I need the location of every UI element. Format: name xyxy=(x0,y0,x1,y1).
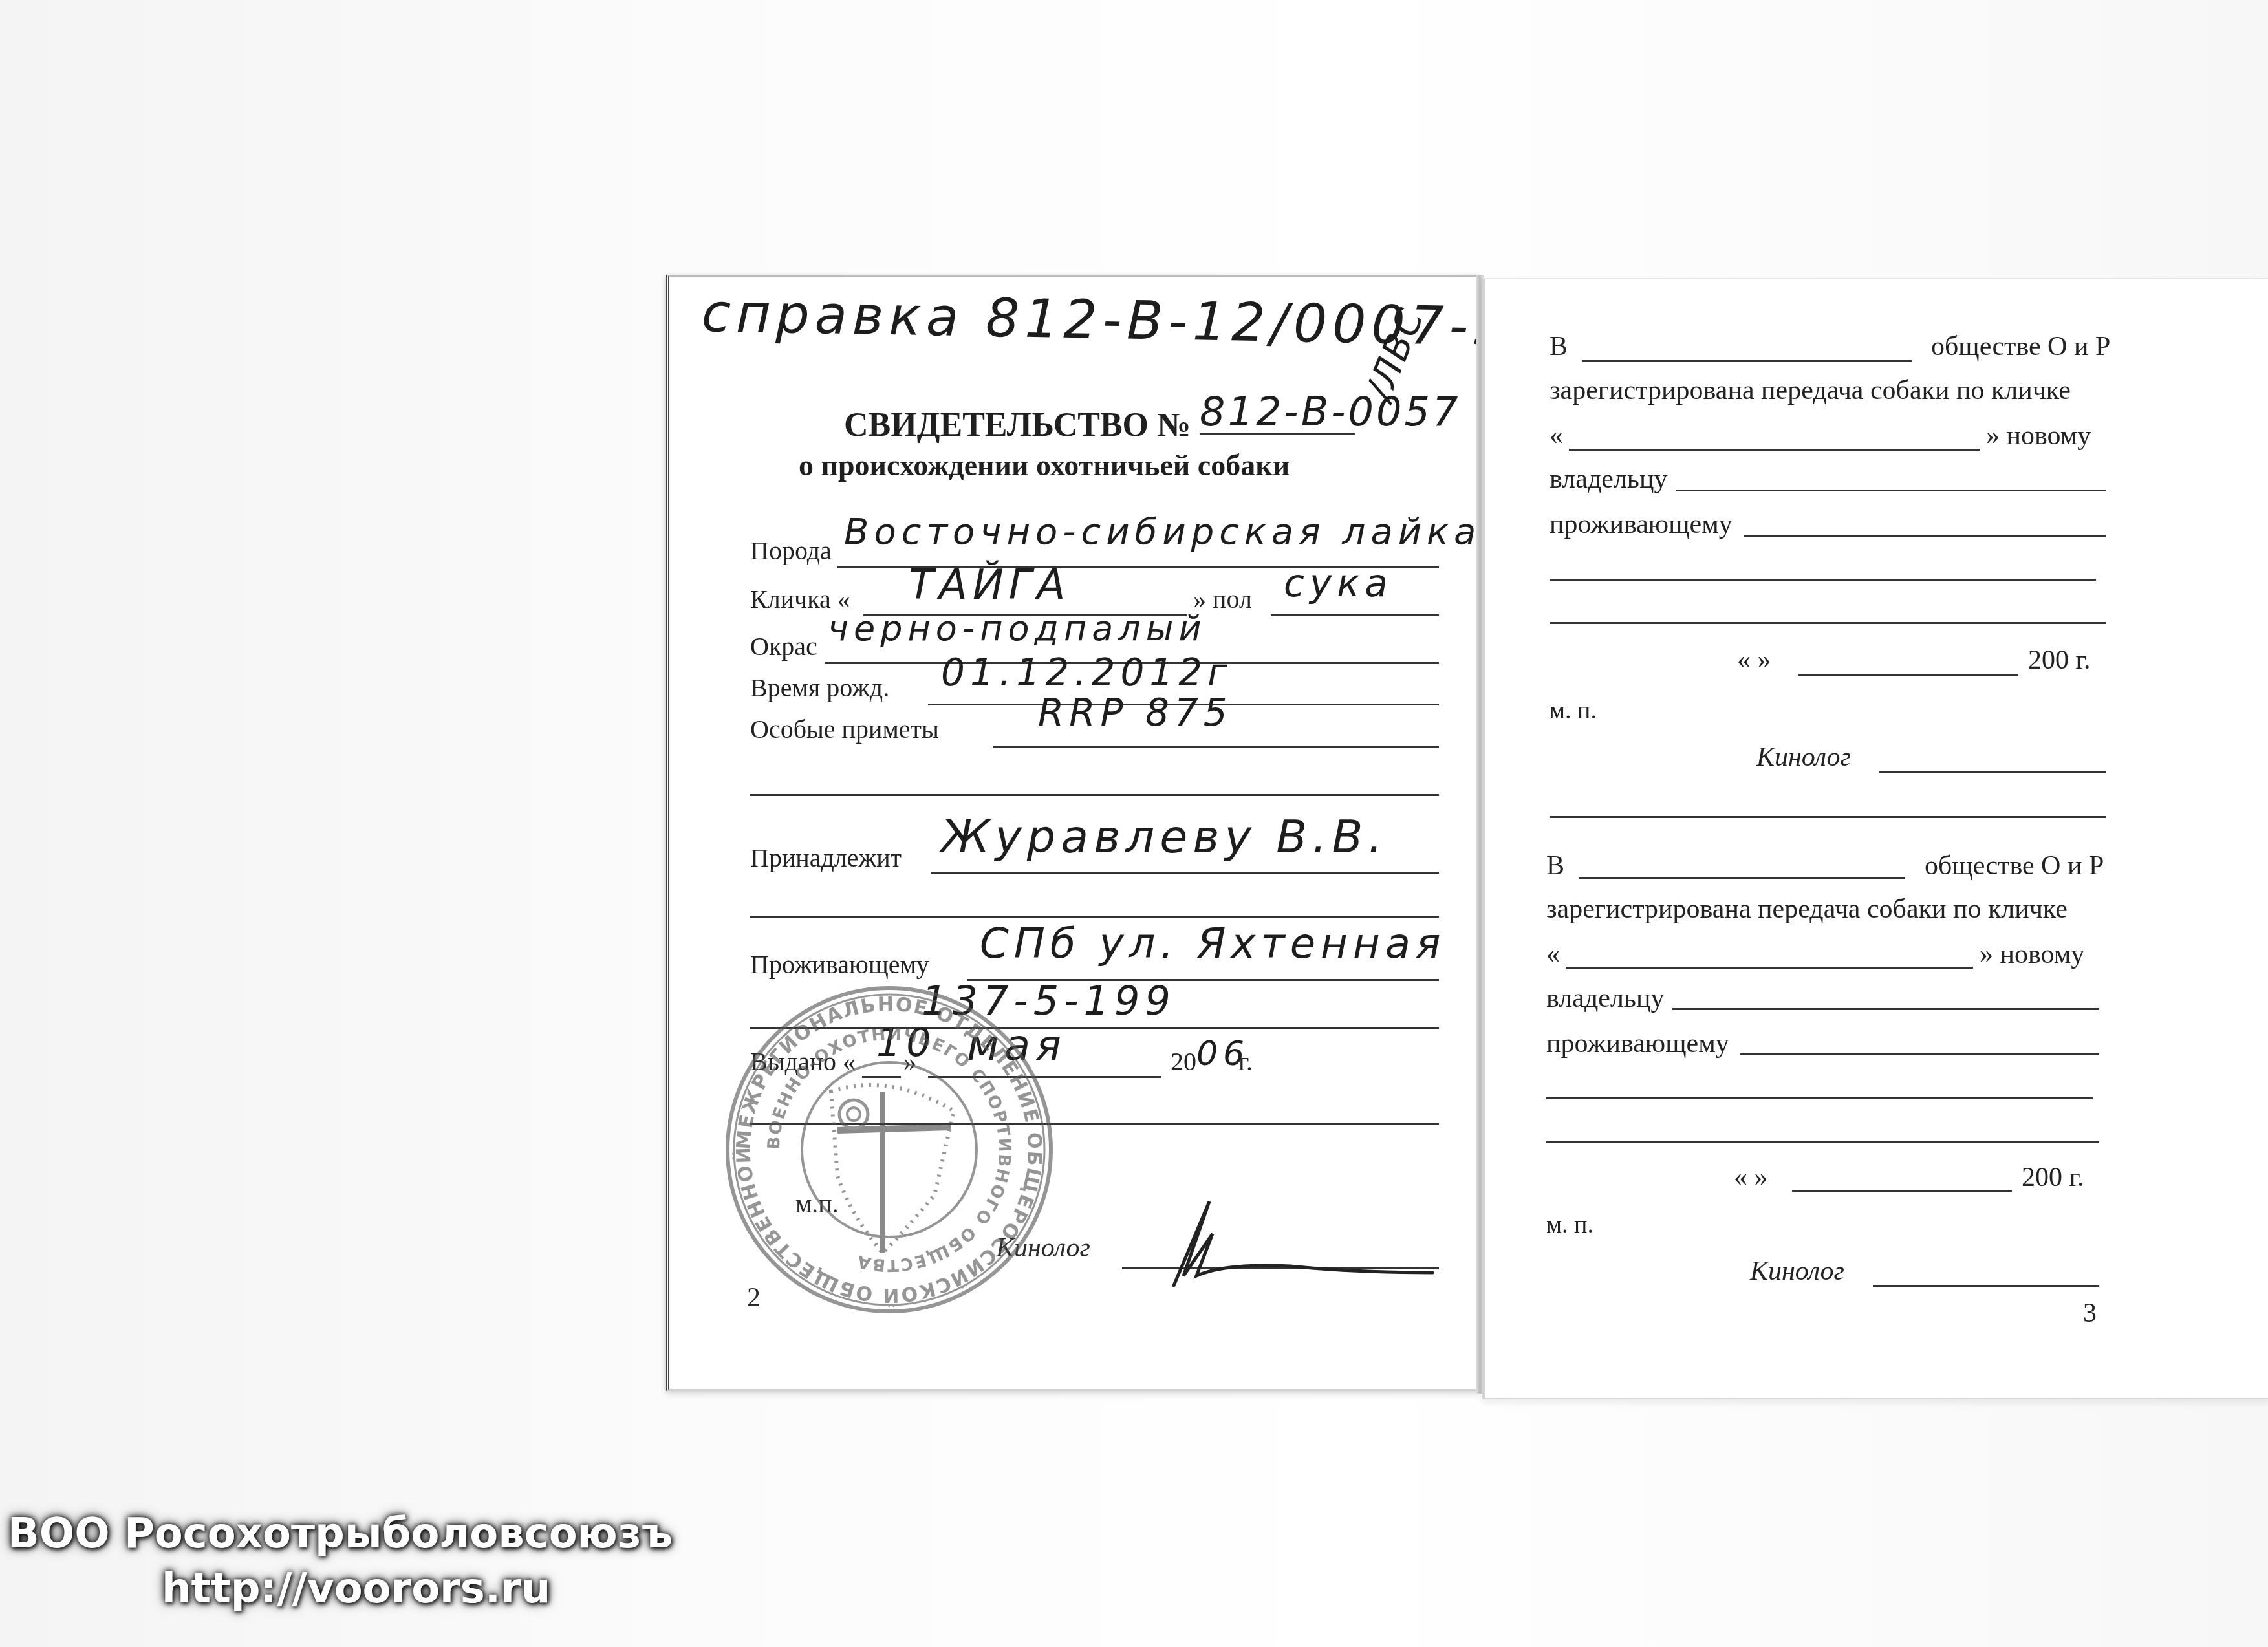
block2-name-line xyxy=(1566,967,1973,969)
block1-quote-close: » новому xyxy=(1986,420,2091,451)
block1-owner-label: владельцу xyxy=(1550,464,1667,495)
block1-year: 200 г. xyxy=(2028,645,2091,676)
block1-society: обществе О и Р xyxy=(1931,331,2110,362)
marks-label: Особые приметы xyxy=(750,714,939,744)
address-label: Проживающему xyxy=(750,949,929,980)
block1-date-quotes: « » xyxy=(1737,645,1771,676)
block1-date-line xyxy=(1798,674,2018,676)
name-value: ТАЙГА xyxy=(909,561,1070,609)
block1-line-4 xyxy=(1550,622,2106,624)
block2-quote-open: « xyxy=(1546,939,1560,970)
color-value: черно-подпалый xyxy=(828,608,1207,649)
breed-label: Порода xyxy=(750,535,832,566)
block1-society-line xyxy=(1582,360,1912,362)
block2-line-4 xyxy=(1546,1141,2099,1143)
block2-society: обществе О и Р xyxy=(1925,850,2104,881)
seal-stamp: МЕЖРЕГИОНАЛЬНОЕ ОТДЕЛЕНИЕ ОБЩЕРОССИЙСКОЙ… xyxy=(721,982,1057,1318)
block1-prefix: В xyxy=(1550,331,1568,362)
block2-date-quotes: « » xyxy=(1734,1162,1768,1193)
issued-year-unit: г. xyxy=(1238,1046,1253,1077)
sex-line xyxy=(1271,614,1439,616)
marks-value: RRP 875 xyxy=(1038,691,1233,735)
block1-cynologist-label: Кинолог xyxy=(1756,742,1851,773)
block1-cynologist-line xyxy=(1879,771,2106,773)
block1-seal-label: м. п. xyxy=(1550,696,1597,725)
block2-cynologist-line xyxy=(1873,1285,2099,1287)
block2-seal-label: м. п. xyxy=(1546,1211,1593,1239)
color-label: Окрас xyxy=(750,631,817,662)
birth-value: 01.12.2012г xyxy=(941,651,1233,694)
certificate-subtitle: о происхождении охотничьей собаки xyxy=(799,448,1290,482)
owner-line-2 xyxy=(750,916,1439,918)
block2-quote-close: » новому xyxy=(1980,939,2084,970)
block1-registered: зарегистрирована передача собаки по клич… xyxy=(1550,375,2071,406)
block2-address-label: проживающему xyxy=(1546,1028,1729,1059)
birth-label: Время рожд. xyxy=(750,673,889,703)
certificate-title: СВИДЕТЕЛЬСТВО № xyxy=(844,406,1191,444)
marks-line xyxy=(993,746,1439,748)
watermark-org-name: ВОО Росохотрыболовсоюзъ xyxy=(8,1510,673,1558)
certificate-number-underline xyxy=(1200,433,1355,435)
issued-year-prefix: 20 xyxy=(1171,1046,1196,1077)
block2-owner-label: владельцу xyxy=(1546,983,1664,1014)
owner-line xyxy=(931,872,1439,874)
owner-label: Принадлежит xyxy=(750,843,902,873)
block2-year: 200 г. xyxy=(2022,1162,2084,1193)
block1-owner-line xyxy=(1676,490,2106,491)
page-left: справка 812-В-12/0007-5 СВИДЕТЕЛЬСТВО № … xyxy=(666,275,1481,1391)
marks-line-2 xyxy=(750,794,1439,796)
block2-society-line xyxy=(1579,877,1905,879)
certificate-number: 812-В-0057 xyxy=(1200,388,1460,435)
block2-line-3 xyxy=(1546,1097,2093,1099)
block-separator xyxy=(1550,816,2106,818)
sex-value: сука xyxy=(1284,561,1393,605)
block1-quote-open: « xyxy=(1550,420,1563,451)
owner-value: Журавлеву В.В. xyxy=(941,810,1388,863)
block2-owner-line xyxy=(1672,1008,2099,1010)
breed-value: Восточно-сибирская лайка xyxy=(844,511,1481,553)
block2-registered: зарегистрирована передача собаки по клич… xyxy=(1546,894,2068,925)
block1-address-line xyxy=(1744,535,2106,537)
certificate-booklet: справка 812-В-12/0007-5 СВИДЕТЕЛЬСТВО № … xyxy=(666,275,2268,1394)
block2-address-line xyxy=(1740,1053,2099,1055)
cynologist-signature xyxy=(1148,1198,1445,1289)
block2-cynologist-label: Кинолог xyxy=(1750,1256,1844,1287)
block2-prefix: В xyxy=(1546,850,1564,881)
block1-address-label: проживающему xyxy=(1550,509,1733,540)
address-value-line1: СПб ул. Яхтенная xyxy=(980,920,1446,968)
block2-date-line xyxy=(1792,1190,2012,1192)
page-right: В обществе О и Р зарегистрирована переда… xyxy=(1482,278,2268,1399)
page-number-right: 3 xyxy=(2083,1298,2097,1329)
block1-name-line xyxy=(1569,449,1980,451)
block1-line-3 xyxy=(1550,579,2096,581)
watermark-url: http://voorors.ru xyxy=(162,1565,550,1613)
